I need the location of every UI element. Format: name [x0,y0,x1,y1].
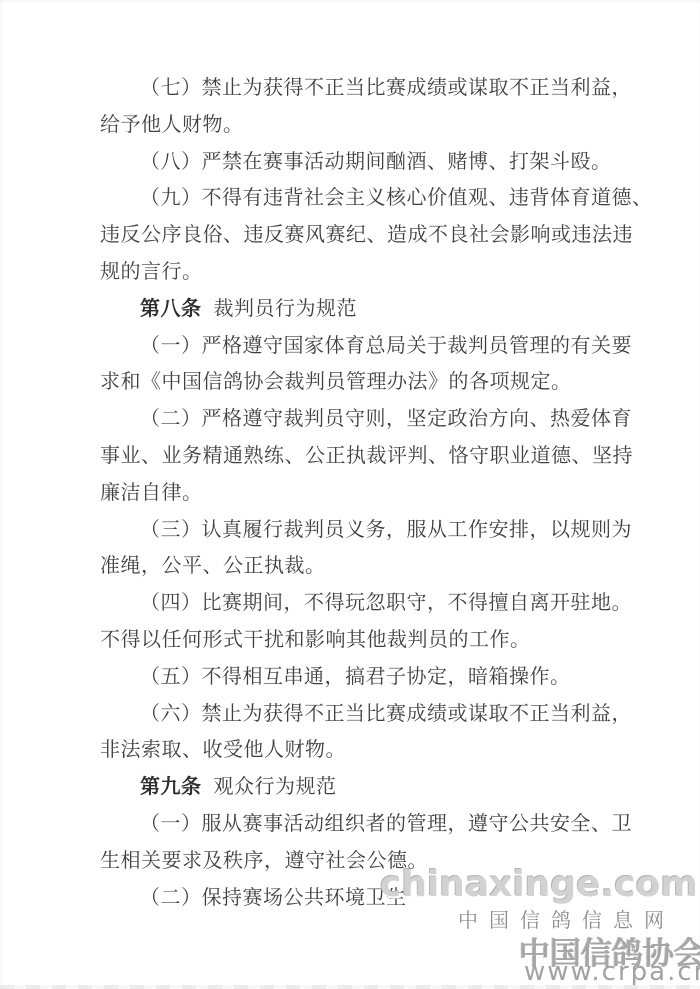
article-title: 观众行为规范 [214,774,337,798]
text-line: （六）禁止为获得不正当比赛成绩或谋取不正当利益， [100,695,612,732]
text-line: （九）不得有违背社会主义核心价值观、违背体育道德、 [100,179,612,216]
text-line: 事业、业务精通熟练、公正执裁评判、恪守职业道德、坚持 [100,437,612,474]
text-line: 生相关要求及秩序，遵守社会公德。 [100,842,612,879]
text-line: （四）比赛期间，不得玩忽职守，不得擅自离开驻地。 [100,584,612,621]
text-line: （一）服从赛事活动组织者的管理，遵守公共安全、卫 [100,805,612,842]
text-line: 不得以任何形式干扰和影响其他裁判员的工作。 [100,621,612,658]
text-line: （五）不得相互串通，搞君子协定，暗箱操作。 [100,658,612,695]
watermark-org-name: 中国信鸽协会 [519,928,700,973]
article-heading: 第八条裁判员行为规范 [100,290,612,327]
text-line: （七）禁止为获得不正当比赛成绩或谋取不正当利益， [100,69,612,106]
text-line: （二）保持赛场公共环境卫生 [100,879,612,916]
article-title: 裁判员行为规范 [214,296,358,320]
article-number: 第八条 [140,296,202,320]
document-body: （七）禁止为获得不正当比赛成绩或谋取不正当利益， 给予他人财物。 （八）严禁在赛… [100,69,612,915]
text-line: （二）严格遵守裁判员守则，坚定政治方向、热爱体育 [100,400,612,437]
watermark-org-url: www.crpa.cn [524,957,700,987]
article-number: 第九条 [140,774,202,798]
text-line: 违反公序良俗、违反赛风赛纪、造成不良社会影响或违法违 [100,216,612,253]
article-heading: 第九条观众行为规范 [100,768,612,805]
text-line: 廉洁自律。 [100,474,612,511]
text-line: （三）认真履行裁判员义务，服从工作安排，以规则为 [100,511,612,548]
document-page: （七）禁止为获得不正当比赛成绩或谋取不正当利益， 给予他人财物。 （八）严禁在赛… [0,0,700,989]
text-line: 规的言行。 [100,253,612,290]
text-line: 求和《中国信鸽协会裁判员管理办法》的各项规定。 [100,363,612,400]
text-line: （一）严格遵守国家体育总局关于裁判员管理的有关要 [100,327,612,364]
text-line: 准绳，公平、公正执裁。 [100,547,612,584]
text-line: （八）严禁在赛事活动期间酗酒、赌博、打架斗殴。 [100,143,612,180]
scan-artifact-edge [0,985,700,989]
text-line: 非法索取、收受他人财物。 [100,731,612,768]
text-line: 给予他人财物。 [100,106,612,143]
